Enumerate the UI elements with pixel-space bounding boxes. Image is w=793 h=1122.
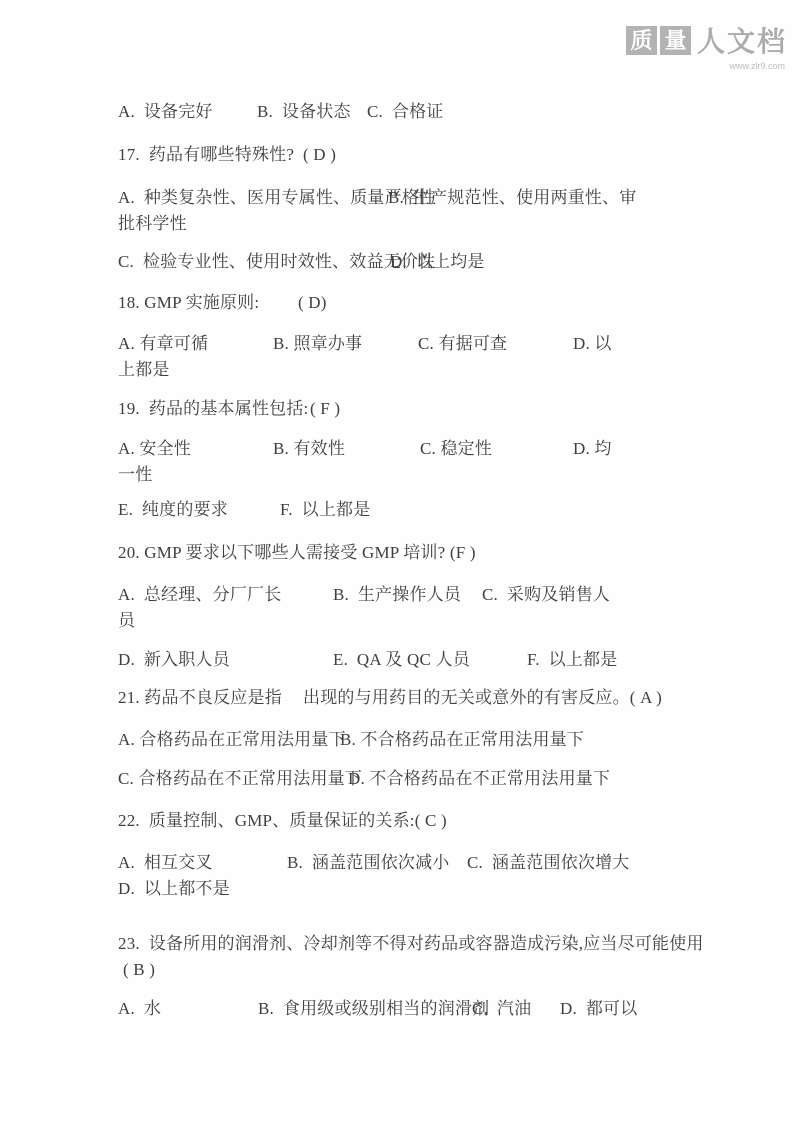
text-segment: C. 合格药品在不正常用法用量下 bbox=[118, 767, 362, 791]
text-segment: B. 有效性 bbox=[273, 437, 345, 461]
text-segment: 上都是 bbox=[118, 358, 170, 382]
doc-line: C. 检验专业性、使用时效性、效益无价性D. 以上均是 bbox=[0, 250, 793, 276]
text-segment: 21. 药品不良反应是指 bbox=[118, 686, 282, 710]
doc-line: 19. 药品的基本属性包括:( F ) bbox=[0, 397, 793, 423]
logo-row: 质 量 人文档 bbox=[626, 20, 787, 60]
text-segment: B. 生产规范性、使用两重性、审 bbox=[388, 186, 637, 210]
text-segment: C. 合格证 bbox=[367, 100, 444, 124]
doc-line: E. 纯度的要求F. 以上都是 bbox=[0, 498, 793, 524]
text-segment: ( F ) bbox=[310, 397, 340, 421]
text-segment: D. 以上都不是 bbox=[118, 877, 230, 901]
doc-line: 18. GMP 实施原则:( D) bbox=[0, 291, 793, 317]
text-segment: C. 稳定性 bbox=[420, 437, 492, 461]
doc-line: 23. 设备所用的润滑剂、冷却剂等不得对药品或容器造成污染,应当尽可能使用 bbox=[0, 932, 793, 958]
doc-line: A. 合格药品在正常用法用量下B. 不合格药品在正常用法用量下 bbox=[0, 728, 793, 754]
text-segment: A. 有章可循 bbox=[118, 332, 208, 356]
doc-line: A. 总经理、分厂厂长B. 生产操作人员C. 采购及销售人 bbox=[0, 583, 793, 609]
text-segment: D. 新入职人员 bbox=[118, 648, 230, 672]
text-segment: D. 以上均是 bbox=[390, 250, 485, 274]
logo-url: www.zlr9.com bbox=[729, 61, 785, 71]
doc-line: A. 有章可循B. 照章办事C. 有据可查D. 以 bbox=[0, 332, 793, 358]
doc-line: D. 新入职人员E. QA 及 QC 人员F. 以上都是 bbox=[0, 648, 793, 674]
text-segment: D. 以 bbox=[573, 332, 612, 356]
doc-line: 20. GMP 要求以下哪些人需接受 GMP 培训? (F ) bbox=[0, 541, 793, 567]
text-segment: 22. 质量控制、GMP、质量保证的关系:( C ) bbox=[118, 809, 447, 833]
text-segment: 18. GMP 实施原则: bbox=[118, 291, 259, 315]
logo-wordmark: 人文档 bbox=[697, 20, 787, 60]
doc-line: A. 相互交叉B. 涵盖范围依次减小C. 涵盖范围依次增大 bbox=[0, 851, 793, 877]
doc-line: ( B ) bbox=[0, 958, 793, 984]
text-segment: C. 检验专业性、使用时效性、效益无价性 bbox=[118, 250, 435, 274]
text-segment: 批科学性 bbox=[118, 212, 187, 236]
text-segment: A. 总经理、分厂厂长 bbox=[118, 583, 281, 607]
doc-line: 批科学性 bbox=[0, 212, 793, 238]
text-segment: B. 涵盖范围依次减小 bbox=[287, 851, 450, 875]
text-segment: F. 以上都是 bbox=[280, 498, 370, 522]
text-segment: 一性 bbox=[118, 463, 152, 487]
doc-line: A. 安全性B. 有效性C. 稳定性D. 均 bbox=[0, 437, 793, 463]
doc-line: 员 bbox=[0, 609, 793, 635]
text-segment: B. 生产操作人员 bbox=[333, 583, 461, 607]
text-segment: A. 合格药品在正常用法用量下 bbox=[118, 728, 346, 752]
text-segment: A. 设备完好 bbox=[118, 100, 213, 124]
text-segment: D. 不合格药品在不正常用法用量下 bbox=[348, 767, 610, 791]
text-segment: D. 均 bbox=[573, 437, 612, 461]
text-segment: A. 相互交叉 bbox=[118, 851, 213, 875]
doc-line: A. 设备完好B. 设备状态C. 合格证 bbox=[0, 100, 793, 126]
doc-line: 22. 质量控制、GMP、质量保证的关系:( C ) bbox=[0, 809, 793, 835]
text-segment: F. 以上都是 bbox=[527, 648, 617, 672]
text-segment: C. 采购及销售人 bbox=[482, 583, 610, 607]
document-page: 质 量 人文档 www.zlr9.com A. 设备完好B. 设备状态C. 合格… bbox=[0, 0, 793, 1122]
doc-line: 上都是 bbox=[0, 358, 793, 384]
text-segment: B. 食用级或级别相当的润滑剂 bbox=[258, 997, 489, 1021]
text-segment: E. QA 及 QC 人员 bbox=[333, 648, 470, 672]
text-segment: E. 纯度的要求 bbox=[118, 498, 228, 522]
doc-line: 21. 药品不良反应是指出现的与用药目的无关或意外的有害反应。( A ) bbox=[0, 686, 793, 712]
doc-line: 一性 bbox=[0, 463, 793, 489]
doc-line: D. 以上都不是 bbox=[0, 877, 793, 903]
doc-line: A. 水B. 食用级或级别相当的润滑剂C. 汽油D. 都可以 bbox=[0, 997, 793, 1023]
text-segment: A. 安全性 bbox=[118, 437, 191, 461]
text-segment: B. 照章办事 bbox=[273, 332, 362, 356]
text-segment: C. 汽油 bbox=[472, 997, 531, 1021]
text-segment: C. 涵盖范围依次增大 bbox=[467, 851, 630, 875]
text-segment: 23. 设备所用的润滑剂、冷却剂等不得对药品或容器造成污染,应当尽可能使用 bbox=[118, 932, 704, 956]
text-segment: 出现的与用药目的无关或意外的有害反应。( A ) bbox=[303, 686, 662, 710]
text-segment: 20. GMP 要求以下哪些人需接受 GMP 培训? (F ) bbox=[118, 541, 476, 565]
text-segment: C. 有据可查 bbox=[418, 332, 507, 356]
text-segment: 员 bbox=[118, 609, 135, 633]
text-segment: 17. 药品有哪些特殊性? ( D ) bbox=[118, 143, 336, 167]
text-segment: B. 设备状态 bbox=[257, 100, 351, 124]
logo-box-char-2: 量 bbox=[660, 26, 691, 55]
doc-line: A. 种类复杂性、医用专属性、质量严格性B. 生产规范性、使用两重性、审 bbox=[0, 186, 793, 212]
text-segment: B. 不合格药品在正常用法用量下 bbox=[340, 728, 584, 752]
doc-line: 17. 药品有哪些特殊性? ( D ) bbox=[0, 143, 793, 169]
logo-box-char-1: 质 bbox=[626, 26, 657, 55]
doc-line: C. 合格药品在不正常用法用量下D. 不合格药品在不正常用法用量下 bbox=[0, 767, 793, 793]
text-segment: ( D) bbox=[298, 291, 327, 315]
watermark-logo: 质 量 人文档 www.zlr9.com bbox=[626, 20, 787, 71]
text-segment: 19. 药品的基本属性包括: bbox=[118, 397, 308, 421]
text-segment: A. 水 bbox=[118, 997, 161, 1021]
text-segment: D. 都可以 bbox=[560, 997, 637, 1021]
text-segment: ( B ) bbox=[123, 958, 155, 982]
